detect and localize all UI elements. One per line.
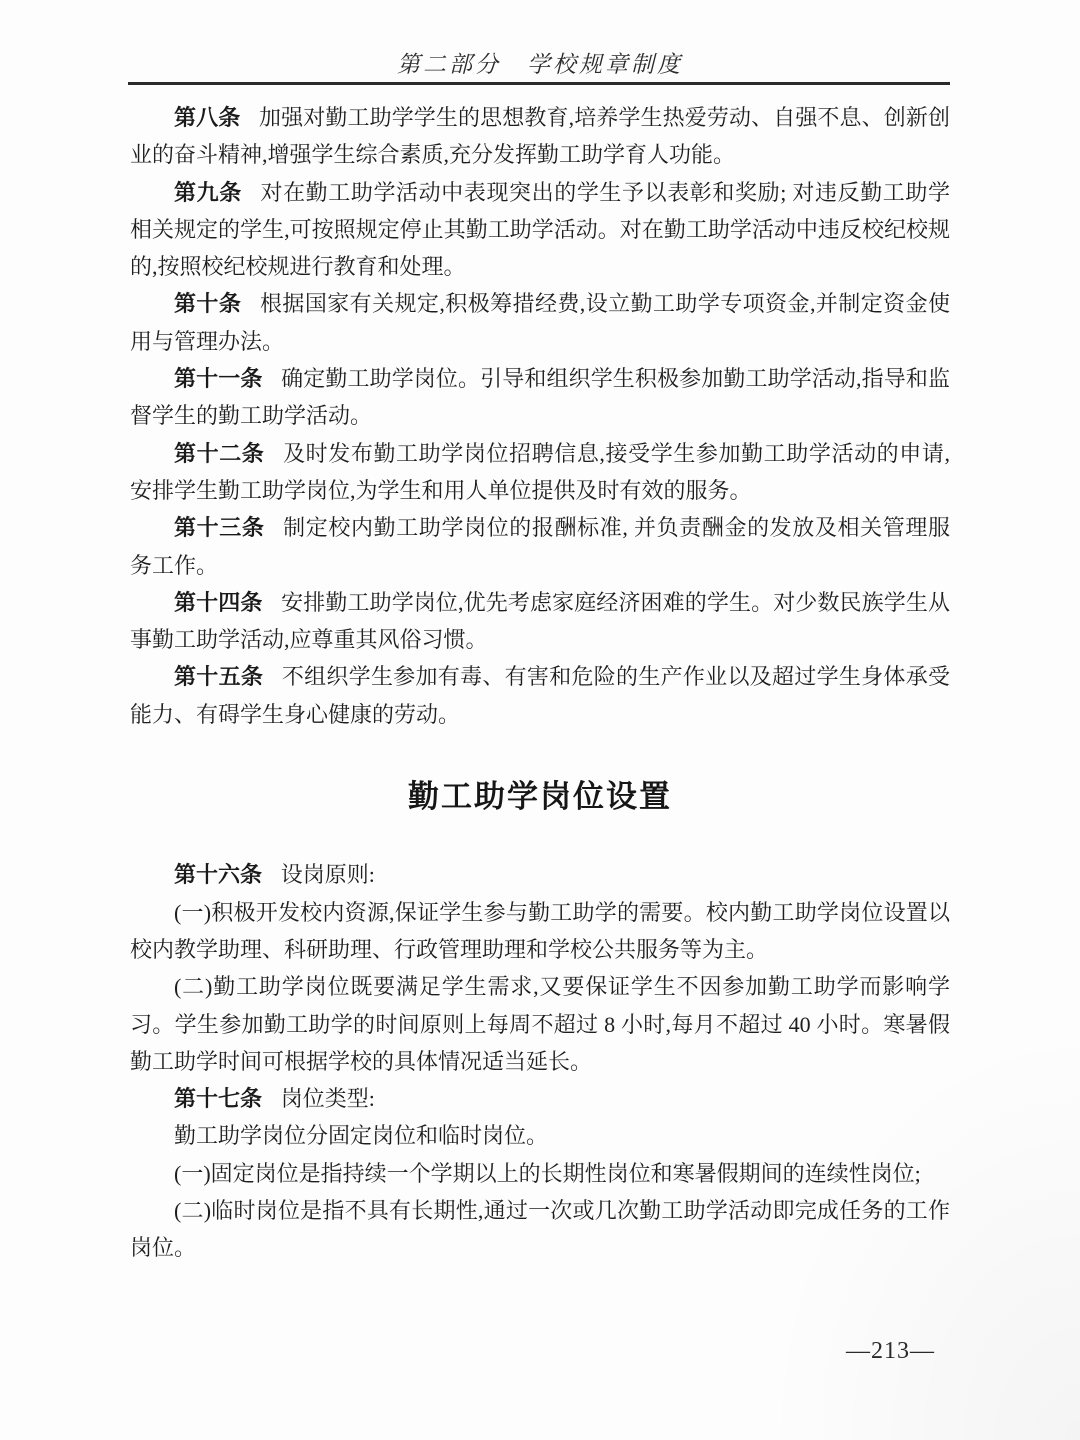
article-paragraph: 第十条根据国家有关规定,积极筹措经费,设立勤工助学专项资金,并制定资金使用与管理… xyxy=(130,285,950,360)
page-number: —213— xyxy=(0,1338,935,1365)
article-paragraph: 第十四条安排勤工助学岗位,优先考虑家庭经济困难的学生。对少数民族学生从事勤工助学… xyxy=(130,584,950,659)
article-paragraph: 第十一条确定勤工助学岗位。引导和组织学生积极参加勤工助学活动,指导和监督学生的勤… xyxy=(130,360,950,435)
article-text: 岗位类型: xyxy=(281,1086,375,1111)
article-number: 第九条 xyxy=(174,180,260,205)
list-item: (二)勤工助学岗位既要满足学生需求,又要保证学生不因参加勤工助学而影响学习。学生… xyxy=(130,968,950,1080)
article-intro: 勤工助学岗位分固定岗位和临时岗位。 xyxy=(130,1117,950,1154)
article-paragraph: 第九条对在勤工助学活动中表现突出的学生予以表彰和奖励; 对违反勤工助学相关规定的… xyxy=(130,174,950,286)
header-rule xyxy=(128,82,950,85)
article-number: 第十条 xyxy=(174,291,260,316)
article-paragraph: 第十五条不组织学生参加有毒、有害和危险的生产作业以及超过学生身体承受能力、有碍学… xyxy=(130,658,950,733)
section-title: 勤工助学岗位设置 xyxy=(130,733,950,856)
page-body: 第八条加强对勤工助学学生的思想教育,培养学生热爱劳动、自强不息、创新创业的奋斗精… xyxy=(130,99,950,1267)
article-number: 第十五条 xyxy=(174,664,282,689)
article-paragraph: 第十三条制定校内勤工助学岗位的报酬标准, 并负责酬金的发放及相关管理服务工作。 xyxy=(130,509,950,584)
list-item: (二)临时岗位是指不具有长期性,通过一次或几次勤工助学活动即完成任务的工作岗位。 xyxy=(130,1192,950,1267)
list-item: (一)固定岗位是指持续一个学期以上的长期性岗位和寒暑假期间的连续性岗位; xyxy=(130,1155,950,1192)
article-number: 第十七条 xyxy=(174,1086,281,1111)
list-item: (一)积极开发校内资源,保证学生参与勤工助学的需要。校内勤工助学岗位设置以校内教… xyxy=(130,894,950,969)
article-paragraph: 第八条加强对勤工助学学生的思想教育,培养学生热爱劳动、自强不息、创新创业的奋斗精… xyxy=(130,99,950,174)
article-number: 第十三条 xyxy=(174,515,283,540)
article-number: 第十一条 xyxy=(174,366,281,391)
running-header: 第二部分 学校规章制度 xyxy=(0,46,1080,79)
article-number: 第八条 xyxy=(174,105,259,130)
article-number: 第十四条 xyxy=(174,590,281,615)
document-page: 第二部分 学校规章制度 第八条加强对勤工助学学生的思想教育,培养学生热爱劳动、自… xyxy=(0,0,1080,1440)
article-paragraph: 第十六条设岗原则: xyxy=(130,856,950,893)
article-number: 第十六条 xyxy=(174,862,281,887)
article-paragraph: 第十二条及时发布勤工助学岗位招聘信息,接受学生参加勤工助学活动的申请,安排学生勤… xyxy=(130,435,950,510)
article-text: 设岗原则: xyxy=(281,862,375,887)
article-number: 第十二条 xyxy=(174,441,283,466)
article-paragraph: 第十七条岗位类型: xyxy=(130,1080,950,1117)
